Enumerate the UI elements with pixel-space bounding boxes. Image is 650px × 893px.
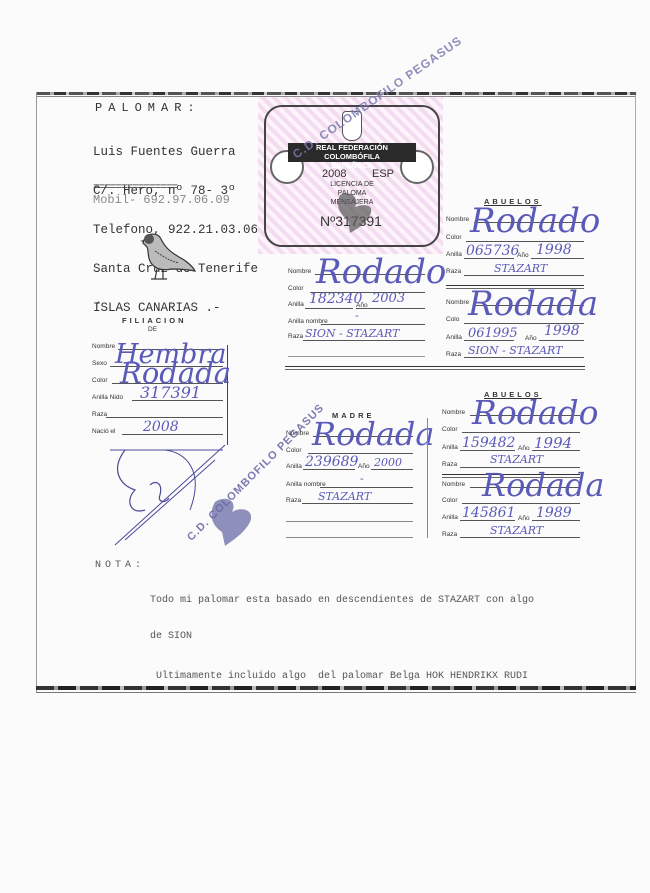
madre-extra-line-1 — [286, 521, 413, 522]
right-border — [635, 95, 636, 690]
nota-text: Todo mi palomar esta basado en descendie… — [150, 571, 534, 695]
abuela-p-raza-line — [464, 357, 584, 358]
abuelo-m-anilla-value: 159482 — [462, 435, 515, 451]
madre-color-label: Color — [286, 447, 302, 454]
madre-ano-label: Año — [358, 463, 370, 470]
abuelo-p-ano-line — [531, 258, 584, 259]
owner-mobile: Mobil- 692.97.06.09 — [93, 193, 230, 207]
abuelo-m-color-label: Color — [442, 426, 458, 433]
abuelo-p-nombre-label: Nombre — [446, 216, 469, 223]
nota-line-2: de SION — [150, 631, 534, 643]
filiacion-title: FILIACION — [122, 316, 187, 325]
filiacion-nombre-label: Nombre — [92, 343, 115, 350]
filiacion-raza-label: Raza — [92, 411, 107, 418]
top-border — [36, 92, 636, 95]
filiacion-anilla-nido-label: Anilla Nido — [92, 394, 123, 401]
abuela-p-raza-label: Raza — [446, 351, 461, 358]
owner-info: Luis Fuentes Guerra C/. Hero, nº 78- 3º … — [93, 120, 258, 328]
abuelo-p-color-label: Color — [446, 234, 462, 241]
paternal-section-divider — [285, 366, 585, 370]
madre-nombre-label: Nombre — [286, 430, 309, 437]
padre-raza-value: SION - STAZART — [305, 327, 399, 340]
abuela-p-raza-value: SION - STAZART — [468, 344, 562, 357]
license-year: 2008 — [322, 168, 346, 180]
madre-raza-line — [302, 503, 413, 504]
madre-anilla-nombre-value: - — [360, 472, 364, 485]
padre-anilla-nombre-line — [321, 324, 425, 325]
abuelo-m-color-value: Rodado — [472, 393, 599, 432]
abuelo-p-raza-line — [464, 275, 584, 276]
padre-raza-label: Raza — [288, 333, 303, 340]
abuela-m-ano-label: Año — [518, 515, 530, 522]
abuela-m-anilla-value: 145861 — [462, 505, 515, 521]
filiacion-raza-line — [106, 417, 223, 418]
abuelo-p-ano-label: Año — [517, 252, 529, 259]
padre-anilla-nombre-value: - — [355, 309, 359, 322]
abuelo-m-raza-label: Raza — [442, 461, 457, 468]
padre-raza-line — [303, 340, 425, 341]
madre-vertical-rule — [427, 418, 428, 538]
padre-ano-line — [356, 308, 425, 309]
abuelo-p-ano-value: 1998 — [536, 242, 572, 258]
left-border — [36, 92, 37, 692]
abuela-m-raza-line — [460, 537, 580, 538]
madre-ano-line — [371, 469, 413, 470]
abuela-m-ano-value: 1989 — [536, 505, 572, 521]
abuela-p-nombre-label: Nombre — [446, 299, 469, 306]
filiacion-mark: * — [97, 300, 100, 309]
federation-country: ESPAÑOLA — [288, 161, 416, 170]
madre-anilla-nombre-line — [320, 487, 413, 488]
padre-extra-line — [288, 356, 425, 357]
abuelo-m-ano-value: 1994 — [534, 434, 572, 452]
padre-anilla-value: 182340 — [309, 291, 362, 307]
abuelo-p-raza-value: STAZART — [494, 262, 547, 275]
abuela-m-anilla-label: Anilla — [442, 514, 458, 521]
abuelo-p-color-value: Rodado — [470, 201, 600, 241]
filiacion-nacio-label: Nació el — [92, 428, 115, 435]
owner-region: ISLAS CANARIAS .- — [93, 302, 258, 315]
filiacion-nacio-value: 2008 — [143, 419, 179, 435]
nota-label: NOTA: — [95, 560, 145, 571]
abuelo-m-anilla-label: Anilla — [442, 444, 458, 451]
abuela-p-color-value: Rodada — [468, 284, 598, 324]
abuela-m-color-value: Rodada — [482, 466, 604, 504]
pegasus-stamp-icon — [330, 185, 380, 235]
abuelo-m-ano-label: Año — [518, 445, 530, 452]
abuela-p-ano-label: Año — [525, 335, 537, 342]
madre-ano-value: 2000 — [374, 456, 402, 469]
abuela-p-ano-line — [539, 340, 584, 341]
padre-color-label: Color — [288, 285, 304, 292]
padre-ano-value: 2003 — [372, 291, 405, 306]
abuelo-m-nombre-label: Nombre — [442, 409, 465, 416]
abuelo-m-raza-value: STAZART — [490, 453, 543, 466]
abuela-p-anilla-value: 061995 — [468, 326, 518, 341]
madre-anilla-value: 239689 — [305, 454, 358, 470]
filiacion-sexo-label: Sexo — [92, 360, 107, 367]
abuela-m-color-label: Color — [442, 497, 458, 504]
padre-anilla-label: Anilla — [288, 301, 304, 308]
abuela-p-color-label: Colo — [446, 316, 459, 323]
filiacion-anilla-nido-value: 317391 — [140, 383, 201, 402]
license-country-code: ESP — [372, 168, 394, 180]
abuelo-p-raza-label: Raza — [446, 268, 461, 275]
abuelo-m-color-line — [462, 432, 580, 433]
padre-color-value: Rodado — [316, 252, 446, 292]
abuela-m-raza-value: STAZART — [490, 524, 543, 537]
padre-anilla-line — [305, 308, 353, 309]
owner-name: Luis Fuentes Guerra — [93, 146, 258, 159]
filiacion-color-label: Color — [92, 377, 108, 384]
abuela-m-raza-label: Raza — [442, 531, 457, 538]
madre-raza-label: Raza — [286, 497, 301, 504]
abuelo-p-anilla-value: 065736 — [466, 243, 519, 259]
madre-color-value: Rodada — [312, 415, 434, 453]
madre-anilla-label: Anilla — [286, 463, 302, 470]
filiacion-subtitle: DE — [148, 326, 157, 333]
nota-line-1: Todo mi palomar esta basado en descendie… — [150, 595, 534, 607]
madre-raza-value: STAZART — [318, 490, 371, 503]
abuela-m-nombre-label: Nombre — [442, 481, 465, 488]
abuela-p-anilla-label: Anilla — [446, 334, 462, 341]
nota-line-3: Ultimamente incluido algo del palomar Be… — [150, 671, 534, 683]
abuela-p-ano-value: 1998 — [544, 323, 580, 339]
pegasus-stamp-icon — [200, 490, 260, 550]
abuelo-p-anilla-label: Anilla — [446, 251, 462, 258]
padre-nombre-label: Nombre — [288, 268, 311, 275]
palomar-label: PALOMAR: — [95, 101, 201, 115]
madre-extra-line-2 — [286, 537, 413, 538]
pigeon-icon — [135, 225, 197, 285]
